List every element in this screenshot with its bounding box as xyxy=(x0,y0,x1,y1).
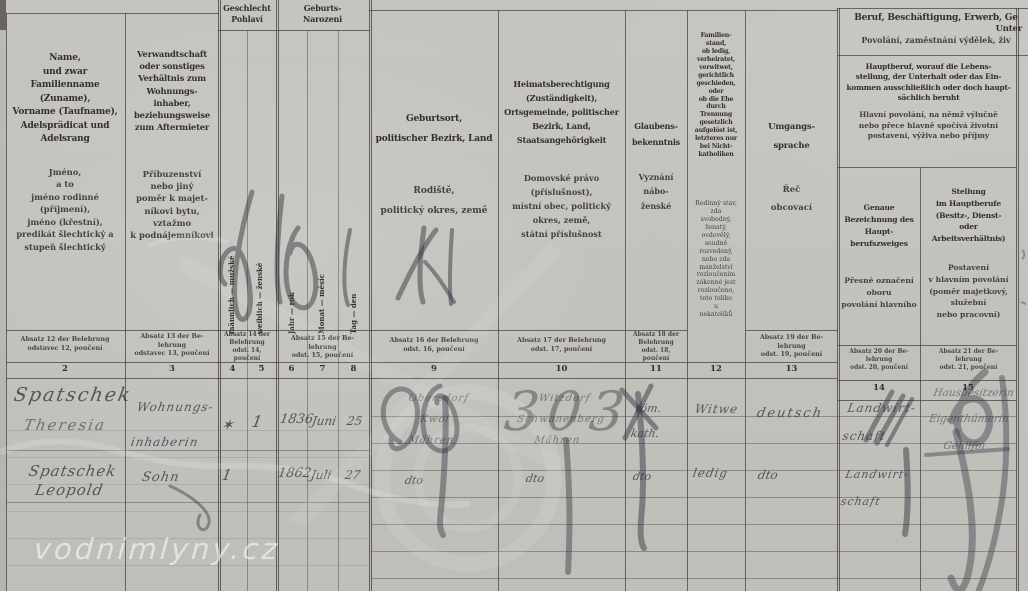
footer-col13: Absatz 19 der Be- lehrung odst. 19, pouč… xyxy=(746,333,837,359)
entry-r2-relation: Sohn xyxy=(141,470,181,485)
colnum-2: 2 xyxy=(8,364,122,374)
entry-r1-house-number: 303 xyxy=(502,380,624,443)
entry-r1-sex-mark: ✶ xyxy=(219,416,235,434)
grid-line xyxy=(6,13,7,591)
cut-column-fragments xyxy=(1021,250,1026,304)
entry-r1-status: Witwe xyxy=(694,402,740,416)
colnum-4: 4 xyxy=(218,364,247,374)
colnum-11: 11 xyxy=(625,364,687,374)
entry-r1-occupation: Landwirt- schaft xyxy=(840,395,918,450)
entry-r2-birth-month: Juli xyxy=(310,468,333,482)
grid-line xyxy=(6,362,838,363)
header-home-right-czech: Domovské právo (příslušnost), místní obe… xyxy=(500,172,623,242)
grid-line xyxy=(6,378,838,379)
entry-r1-birthplace: Obersdorf Kwol Mähren xyxy=(374,388,495,451)
colnum-8: 8 xyxy=(338,364,369,374)
grid-line xyxy=(837,345,1017,346)
header-sex-group: Geschlecht Pohlaví xyxy=(218,3,276,25)
label-day: Tag — den xyxy=(349,215,358,334)
footer-col2: Absatz 12 der Belehrung odstavec 12, pou… xyxy=(8,335,122,352)
footer-col3: Absatz 13 der Be- lehrung odstavec 13, p… xyxy=(127,332,217,358)
header-col15-german: Stellung im Hauptberufe (Besitz-, Dienst… xyxy=(922,186,1015,245)
colnum-13: 13 xyxy=(745,364,838,374)
footer-birth: Absatz 15 der Be- lehrung odst. 15, pouč… xyxy=(276,334,369,360)
header-birthplace-czech: Rodiště, politický okres, země xyxy=(372,182,496,222)
colnum-3: 3 xyxy=(127,364,217,374)
grid-line xyxy=(307,30,308,591)
entry-r2-birth-year: 1862 xyxy=(277,466,313,481)
grid-line xyxy=(338,30,339,591)
header-familystatus-german: Familien- stand, ob ledig, verheiratet, … xyxy=(688,32,744,159)
grid-line xyxy=(745,10,746,591)
entry-r2-home-ditto: dto xyxy=(525,472,545,485)
entry-r2-language-ditto: dto xyxy=(757,468,779,482)
entry-r2-religion-ditto: dto xyxy=(632,470,652,483)
colnum-9: 9 xyxy=(372,364,496,374)
header-religion-czech: Vyznání nábo- ženské xyxy=(626,170,686,213)
header-birth-group: Geburts- Narozeni xyxy=(276,3,369,25)
entry-r1-position: Hausbesitzerin Eigenthümerin Gehilfin xyxy=(917,380,1021,459)
header-occupation-group-czech: Povolání, zaměstnání výdělek, živ xyxy=(840,35,1028,45)
entry-r2-status: ledig xyxy=(692,466,730,480)
footer-col15: Absatz 21 der Be- lehrung odst. 21, pouč… xyxy=(922,348,1015,372)
header-occupation-group-german: Beruf, Beschäftigung, Erwerb, Ge xyxy=(840,13,1028,23)
grid-line xyxy=(125,13,126,591)
watermark-text: vodnimlyny.cz xyxy=(33,532,281,566)
footer-col11: Absatz 18 der Belehrung odst. 18, poučen… xyxy=(626,331,686,363)
header-name-german: Name, und zwar Familienname (Zuname), Vo… xyxy=(8,52,122,147)
header-col14-german: Genaue Bezeichnung des Haupt- berufszwei… xyxy=(840,202,918,251)
entry-r1-surname: Spatschek xyxy=(12,384,133,406)
header-col15-czech: Postavení v hlavním povolání (poměr maje… xyxy=(922,262,1015,321)
header-familystatus-czech: Rodinný stav, zda svobodný, ženatý, ovdo… xyxy=(688,200,744,319)
footer-col14: Absatz 20 der Be- lehrung odst. 20, pouč… xyxy=(840,348,918,372)
grid-line xyxy=(218,30,370,31)
grid-line xyxy=(745,330,838,331)
colnum-12: 12 xyxy=(687,364,745,374)
footer-col9: Absatz 16 der Belehrung odst. 16, poučen… xyxy=(372,336,496,353)
label-year: Jahr — rok xyxy=(287,210,296,334)
header-home-right-german: Heimatsberechtigung (Zuständigkeit), Ort… xyxy=(500,78,623,148)
entry-r1-language: deutsch xyxy=(756,406,825,421)
label-female: weiblich — ženské xyxy=(255,196,264,334)
header-birthplace-german: Geburtsort, politischer Bezirk, Land xyxy=(372,110,496,150)
footer-col10: Absatz 17 der Belehrung odst. 17, poučen… xyxy=(500,336,623,353)
grid-line xyxy=(837,167,1017,168)
grid-line xyxy=(625,10,626,591)
header-relation-german: Verwandtschaft oder sonstiges Verhältnis… xyxy=(127,48,217,133)
colnum-14: 14 xyxy=(838,383,920,393)
grid-line xyxy=(837,8,1028,9)
header-religion-german: Glaubens- bekenntnis xyxy=(626,118,686,150)
header-occupation-group-german2: Unter xyxy=(840,24,1022,34)
footer-sex: Absatz 14 der Belehrung odst. 14, poučen… xyxy=(218,331,276,363)
grid-line xyxy=(247,30,248,591)
header-col14-czech: Přesné označení oboru povolání hlavního xyxy=(840,275,918,311)
header-mainoccupation-czech: Hlavní povolání, na němž výlučně nebo př… xyxy=(840,110,1017,142)
header-name-czech: Jméno, a to jméno rodinné (příjmení), jm… xyxy=(8,166,122,253)
entry-r1-birth-month: Juni xyxy=(311,414,338,428)
grid-line xyxy=(6,13,219,14)
header-relation-czech: Příbuzenství nebo jiný poměr k majet- ní… xyxy=(127,168,217,241)
label-male: männlich — mužské xyxy=(227,196,236,334)
colnum-10: 10 xyxy=(498,364,625,374)
grid-line xyxy=(837,55,1028,56)
entry-r1-birth-day: 25 xyxy=(346,414,364,428)
grid-line xyxy=(369,10,838,11)
colnum-7: 7 xyxy=(307,364,338,374)
entry-r2-birthplace-ditto: dto xyxy=(404,474,424,487)
entry-r1-firstname: Theresia xyxy=(22,416,107,434)
grid-line xyxy=(920,167,921,591)
census-form-scan: Name, und zwar Familienname (Zuname), Vo… xyxy=(0,0,1028,591)
header-mainoccupation-german: Hauptberuf, worauf die Lebens- stellung,… xyxy=(840,62,1017,103)
header-language-czech: Řeč obcovací xyxy=(746,182,837,218)
entry-r2-name: Spatschek Leopold xyxy=(23,462,120,500)
colnum-5: 5 xyxy=(247,364,276,374)
label-month: Monat — měsíc xyxy=(317,196,326,334)
entry-r1-relation: Wohnungs- inhaberin xyxy=(128,390,217,460)
colnum-6: 6 xyxy=(276,364,307,374)
header-language-german: Umgangs- sprache xyxy=(746,118,837,155)
grid-line xyxy=(6,330,687,331)
grid-line xyxy=(498,10,499,591)
entry-r2-birth-day: 27 xyxy=(344,468,362,482)
entry-r2-occupation: Landwirt- schaft xyxy=(838,462,911,516)
entry-r1-birth-year: 1836 xyxy=(279,412,315,427)
row-divider xyxy=(6,502,370,503)
